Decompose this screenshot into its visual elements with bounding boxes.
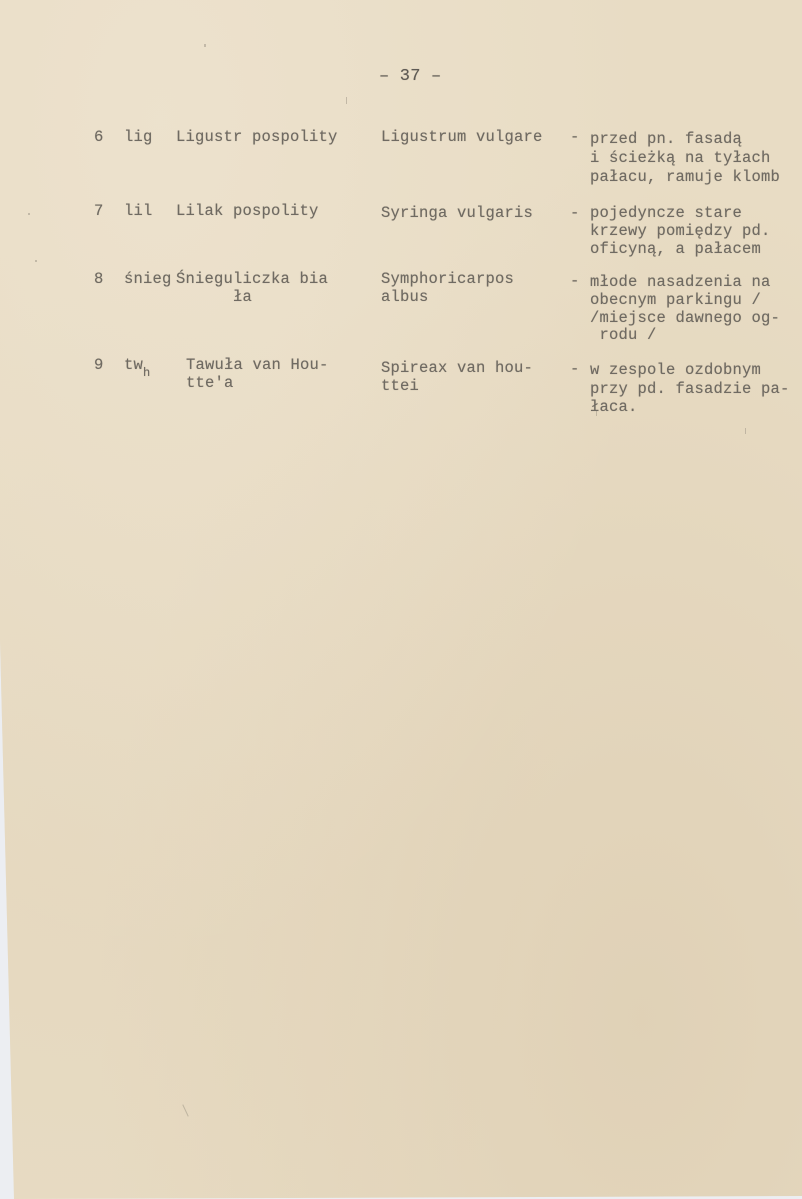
- separator-dash: -: [570, 128, 580, 147]
- paper-speck: [182, 1104, 188, 1116]
- abbreviation-text: tw: [124, 356, 143, 374]
- location-line: przed pn. fasadą: [590, 130, 742, 149]
- location-line: i ścieżką na tyłach: [590, 149, 771, 168]
- abbreviation-subscript: h: [143, 366, 150, 380]
- entry-abbreviation: lil: [124, 202, 153, 221]
- location-line: pojedyncze stare: [590, 204, 742, 223]
- latin-name-line: albus: [381, 288, 429, 307]
- polish-name-line: Lilak pospolity: [176, 202, 319, 221]
- location-line: oficyną, a pałacem: [590, 240, 761, 259]
- separator-dash: -: [570, 360, 580, 379]
- location-line: przy pd. fasadzie pa-: [590, 380, 790, 399]
- paper-speck: [346, 97, 347, 104]
- latin-name-line: Syringa vulgaris: [381, 204, 533, 223]
- entry-number: 8: [94, 270, 104, 289]
- latin-name-line: Symphoricarpos: [381, 270, 514, 289]
- entry-abbreviation: lig: [124, 128, 153, 147]
- location-line: rodu /: [590, 326, 657, 345]
- location-line: młode nasadzenia na: [590, 273, 771, 292]
- page-number: – 37 –: [379, 67, 441, 86]
- polish-name-line: Śnieguliczka bia: [176, 270, 328, 289]
- paper-speck: [745, 428, 746, 434]
- paper-speck: [28, 213, 30, 215]
- entry-number: 7: [94, 202, 104, 221]
- paper-speck: [596, 411, 597, 416]
- polish-name-line: Tawuła van Hou-: [186, 356, 329, 375]
- entry-abbreviation: śnieg: [124, 270, 172, 289]
- latin-name-line: Spireax van hou-: [381, 359, 533, 378]
- paper-speck: [35, 260, 37, 262]
- polish-name-line: ła: [176, 288, 252, 307]
- document-page: – 37 – 6 lig Ligustr pospolity Ligustrum…: [0, 0, 802, 1199]
- polish-name-line: Ligustr pospolity: [176, 128, 338, 147]
- latin-name-line: Ligustrum vulgare: [381, 128, 543, 147]
- separator-dash: -: [570, 204, 580, 223]
- paper-speck: [204, 44, 206, 47]
- entry-number: 6: [94, 128, 104, 147]
- entry-number: 9: [94, 356, 104, 375]
- location-line: pałacu, ramuje klomb: [590, 168, 780, 187]
- polish-name-line: tte'a: [186, 374, 234, 393]
- separator-dash: -: [570, 272, 580, 291]
- entry-abbreviation: twh: [124, 356, 150, 376]
- location-line: łaca.: [590, 398, 638, 417]
- latin-name-line: ttei: [381, 377, 419, 396]
- location-line: krzewy pomiędzy pd.: [590, 222, 771, 241]
- location-line: w zespole ozdobnym: [590, 361, 761, 380]
- location-line: obecnym parkingu /: [590, 291, 761, 310]
